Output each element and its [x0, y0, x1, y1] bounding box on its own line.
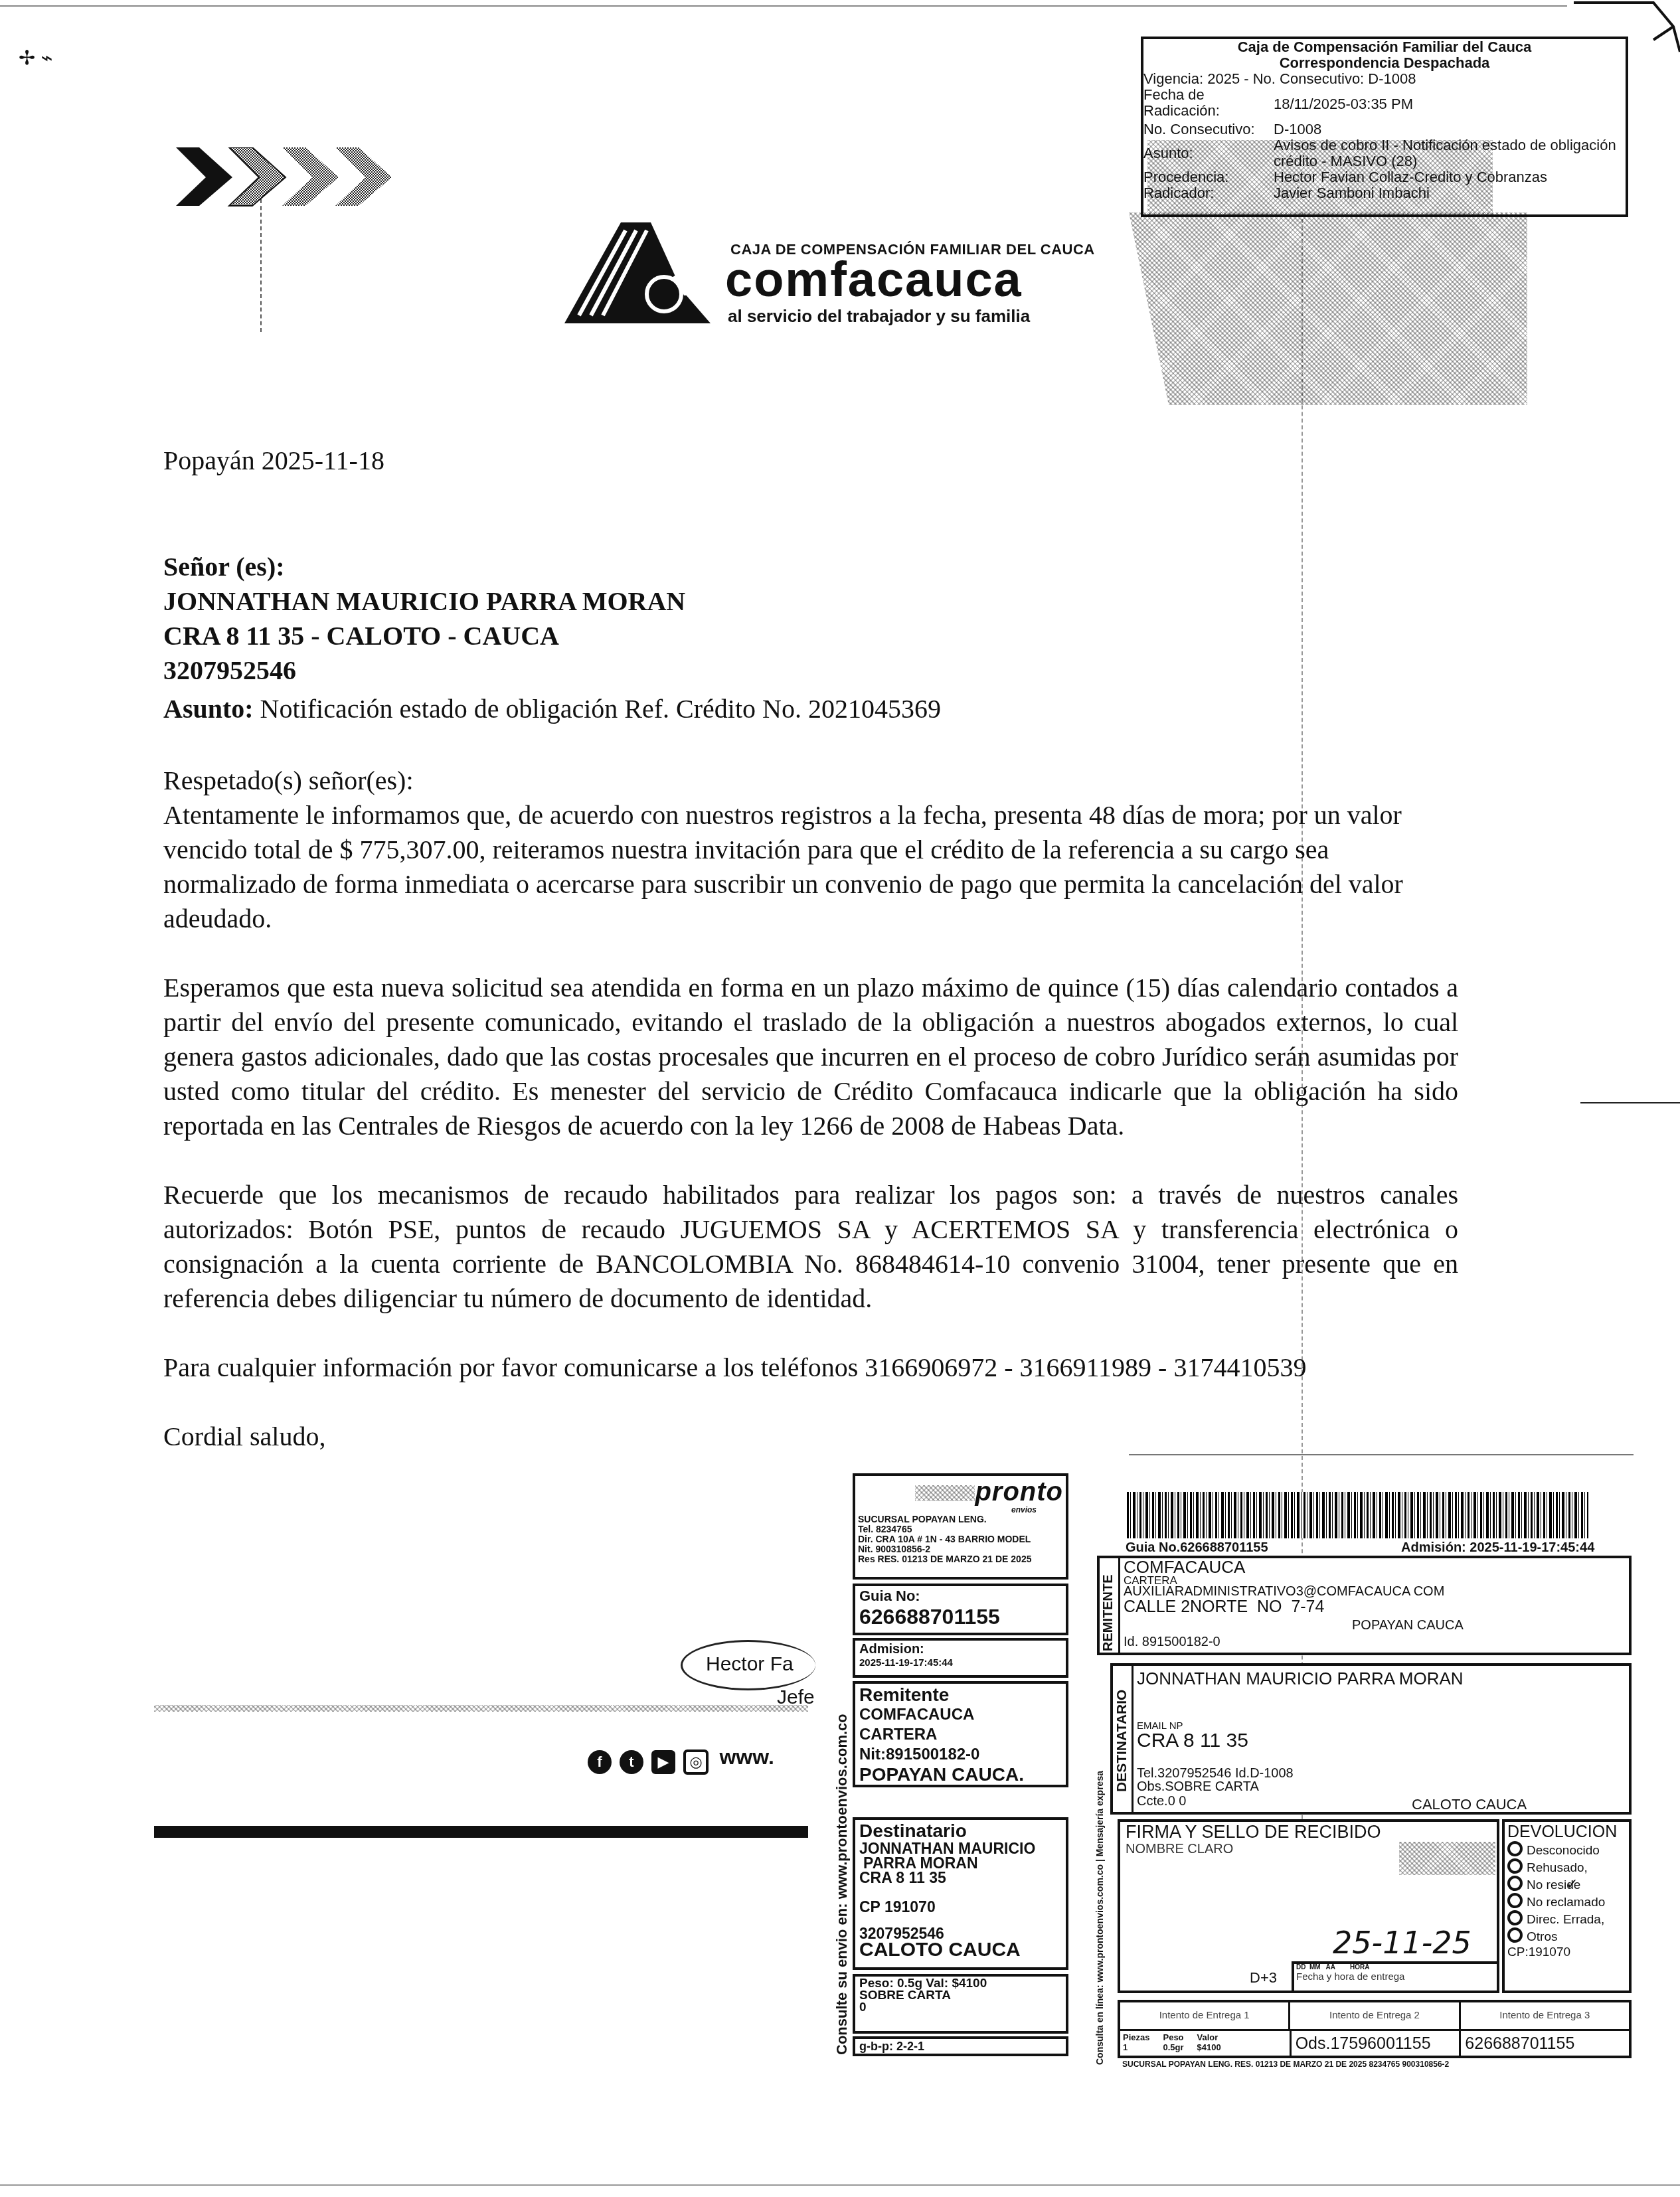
dispatch-stamp: Caja de Compensación Familiar del Cauca …: [1141, 37, 1628, 217]
youtube-icon[interactable]: ▶: [651, 1750, 675, 1774]
fecha-hora-box: DD MM AA HORA Fecha y hora de entrega: [1292, 1961, 1499, 1992]
destinatario-box: Destinatario JONNATHAN MAURICIO PARRA MO…: [853, 1817, 1068, 1970]
shipping-label-left: Consulte su envio en: www.prontoenvios.c…: [833, 1464, 1086, 2062]
greeting: Respetado(s) señor(es):: [163, 764, 1458, 798]
recipient-address: CRA 8 11 35 - CALOTO - CAUCA: [163, 619, 685, 653]
footer-web[interactable]: www.: [719, 1745, 774, 1769]
courier-logo: pronto: [858, 1479, 1063, 1505]
paragraph-3: Recuerde que los mecanismos de recaudo h…: [163, 1178, 1458, 1316]
intentos-table: Intento de Entrega 1 Intento de Entrega …: [1118, 2000, 1632, 2058]
paragraph-2: Esperamos que esta nueva solicitud sea a…: [163, 971, 1458, 1143]
devolucion-option-no-reside[interactable]: No reside✓: [1507, 1876, 1626, 1893]
courier-branch: SUCURSAL POPAYAN LENG.: [858, 1514, 1063, 1524]
admision-value: 2025-11-19-17:45:44: [859, 1657, 1062, 1668]
social-links: ft▶◎ www.: [588, 1745, 774, 1775]
shipping-label-right: Guia No.626688701155 Admisión: 2025-11-1…: [1089, 1447, 1680, 2065]
subject-label: Asunto:: [163, 694, 254, 724]
courier-nit: Nit. 900310856-2: [858, 1544, 1063, 1554]
remitente-section: REMITENTE COMFACAUCA CARTERA AUXILIARADM…: [1097, 1556, 1632, 1655]
stamp-row-procedencia: Procedencia: Hector Favian Collaz-Credit…: [1143, 169, 1626, 185]
facebook-icon[interactable]: f: [588, 1750, 612, 1774]
subject-text: Notificación estado de obligación Ref. C…: [260, 694, 941, 724]
intento-3: Intento de Entrega 3: [1461, 2002, 1629, 2029]
devolucion-option-rehusado[interactable]: Rehusado,: [1507, 1858, 1626, 1876]
radio-icon: [1507, 1893, 1523, 1908]
stamp-row-consecutivo: No. Consecutivo: D-1008: [1143, 122, 1626, 137]
radio-icon: [1507, 1876, 1523, 1891]
guia-number: 626688701155: [859, 1605, 1062, 1629]
courier-dir: Dir. CRA 10A # 1N - 43 BARRIO MODEL: [858, 1534, 1063, 1544]
signature-name: Hector Fa: [706, 1653, 794, 1676]
recipient-name: JONNATHAN MAURICIO PARRA MORAN: [163, 584, 685, 619]
logo-brand: comfacauca: [725, 253, 1023, 306]
courier-tel: Tel. 8234765: [858, 1524, 1063, 1534]
devolucion-option-desconocido[interactable]: Desconocido: [1507, 1841, 1626, 1858]
admision-box: Admision: 2025-11-19-17:45:44: [853, 1638, 1068, 1678]
radio-icon: [1507, 1841, 1523, 1856]
admision-line: Admisión: 2025-11-19-17:45:44: [1401, 1540, 1594, 1556]
guia-line: Guia No.626688701155: [1126, 1540, 1268, 1556]
courier-header: pronto envios SUCURSAL POPAYAN LENG. Tel…: [853, 1473, 1068, 1580]
piezas-peso-valor: Piezas1 Peso0.5gr Valor$4100: [1120, 2031, 1292, 2058]
intento-2: Intento de Entrega 2: [1290, 2002, 1460, 2029]
logo-tagline: al servicio del trabajador y su familia: [728, 306, 1030, 327]
destinatario-tag: DESTINATARIO: [1114, 1690, 1130, 1792]
devolucion-option-otros[interactable]: Otros: [1507, 1927, 1626, 1945]
comfacauca-logo: CAJA DE COMPENSACIÓN FAMILIAR DEL CAUCA …: [551, 216, 1109, 335]
barcode: [1127, 1492, 1588, 1538]
twitter-icon[interactable]: t: [620, 1750, 643, 1774]
chevrons-icon: [169, 147, 402, 207]
courier-res: Res RES. 01213 DE MARZO 21 DE 2025: [858, 1554, 1063, 1564]
stamp-row-fecha: Fecha de Radicación: 18/11/2025-03:35 PM: [1143, 87, 1626, 122]
stamp-vigencia: Vigencia: 2025 - No. Consecutivo: D-1008: [1143, 71, 1626, 87]
scan-edge-mark: [1580, 1102, 1680, 1103]
footer-bar: [154, 1826, 808, 1838]
remitente-email: AUXILIARADMINISTRATIVO3@COMFACAUCA COM: [1124, 1585, 1444, 1598]
devolucion-option-no-reclamado[interactable]: No reclamado: [1507, 1893, 1626, 1910]
instagram-icon[interactable]: ◎: [683, 1749, 709, 1775]
scan-edge-top: [0, 5, 1567, 7]
ods-number: Ods.17596001155: [1292, 2031, 1462, 2058]
devolucion-option-direc-errada[interactable]: Direc. Errada,: [1507, 1910, 1626, 1927]
paragraph-1: Atentamente le informamos que, de acuerd…: [163, 798, 1458, 936]
place-date: Popayán 2025-11-18: [163, 444, 384, 478]
intento-1: Intento de Entrega 1: [1120, 2002, 1290, 2029]
peso-box: Peso: 0.5g Val: $4100 SOBRE CARTA 0: [853, 1974, 1068, 2034]
destinatario-section: DESTINATARIO JONNATHAN MAURICIO PARRA MO…: [1110, 1663, 1632, 1815]
label-vertical-url: Consulte su envio en: www.prontoenvios.c…: [833, 1714, 851, 2055]
letter-body: Respetado(s) señor(es): Atentamente le i…: [163, 764, 1458, 1454]
comfacauca-emblem-icon: [551, 216, 730, 329]
recipient-phone: 3207952546: [163, 653, 685, 688]
gbp-box: g-b-p: 2-2-1: [853, 2036, 1068, 2056]
radio-icon: [1507, 1910, 1523, 1925]
scan-fold-line: [260, 199, 262, 332]
salutation-header: Señor (es):: [163, 550, 685, 584]
firma-section: FIRMA Y SELLO DE RECIBIDO NOMBRE CLARO 2…: [1118, 1819, 1499, 1993]
letterhead-pattern: [1129, 212, 1527, 405]
radio-icon: [1507, 1858, 1523, 1874]
stamp-title: Correspondencia Despachada: [1143, 55, 1626, 71]
guia-repeat: 626688701155: [1461, 2031, 1629, 2058]
scan-edge-bottom: [0, 2184, 1680, 2186]
stamp-org: Caja de Compensación Familiar del Cauca: [1143, 39, 1626, 55]
stamp-row-asunto: Asunto: Avisos de cobro II - Notificació…: [1143, 137, 1626, 169]
handwritten-date: 25-11-25: [1333, 1925, 1471, 1961]
remitente-box: Remitente COMFACAUCA CARTERA Nit:8915001…: [853, 1681, 1068, 1787]
radio-icon: [1507, 1927, 1523, 1943]
handwritten-check-icon: ✓: [1566, 1876, 1578, 1892]
devolucion-section: DEVOLUCION Desconocido Rehusado, No resi…: [1502, 1819, 1632, 1993]
scan-mark: ✢ ⌁: [19, 46, 53, 70]
remitente-tag: REMITENTE: [1101, 1574, 1116, 1651]
paragraph-4: Para cualquier información por favor com…: [163, 1350, 1458, 1385]
recipient-block: Señor (es): JONNATHAN MAURICIO PARRA MOR…: [163, 550, 685, 688]
signature-divider: [154, 1705, 808, 1712]
label-side-text: Consulta en línea: www.prontoenvios.com.…: [1094, 1771, 1105, 2065]
stamp-row-radicador: Radicador: Javier Samboni Imbachi: [1143, 185, 1626, 201]
label-footer: SUCURSAL POPAYAN LENG. RES. 01213 DE MAR…: [1122, 2060, 1449, 2069]
subject-line: Asunto: Notificación estado de obligació…: [163, 692, 941, 726]
guia-box: Guia No: 626688701155: [853, 1584, 1068, 1635]
